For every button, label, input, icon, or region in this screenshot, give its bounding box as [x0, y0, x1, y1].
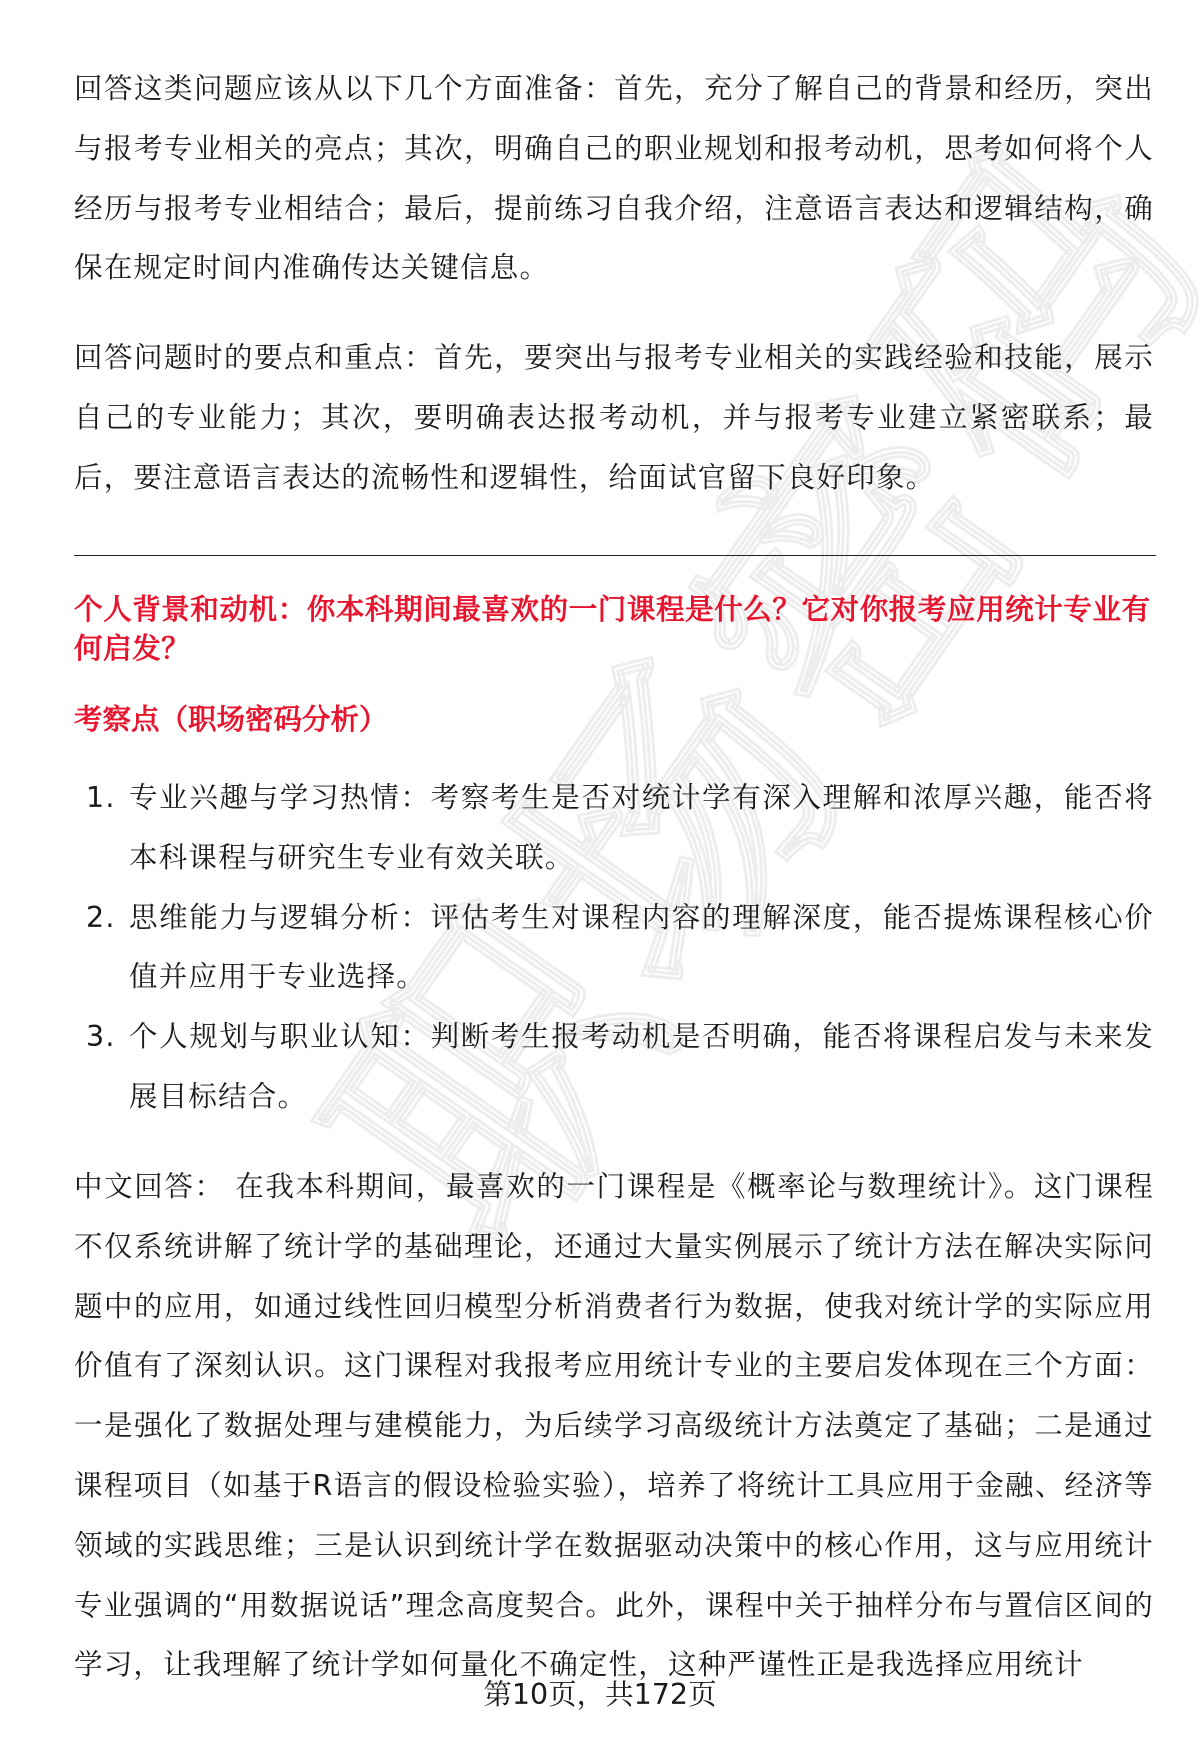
list-number: 3. [86, 1007, 116, 1067]
answer-paragraph: 中文回答： 在我本科期间，最喜欢的一门课程是《概率论与数理统计》。这门课程不仅系… [74, 1157, 1154, 1695]
list-number: 1. [86, 768, 116, 828]
list-number: 2. [86, 888, 116, 948]
focus-point-item: 3. 个人规划与职业认知：判断考生报考动机是否明确，能否将课程启发与未来发展目标… [74, 1007, 1154, 1127]
question-heading: 个人背景和动机：你本科期间最喜欢的一门课程是什么？它对你报考应用统计专业有何启发… [74, 590, 1156, 668]
page-indicator: 第10页，共172页 [0, 1675, 1200, 1715]
focus-points-list: 1. 专业兴趣与学习热情：考察考生是否对统计学有深入理解和浓厚兴趣，能否将本科课… [74, 768, 1154, 1127]
section-divider [74, 555, 1156, 556]
focus-point-text: 思维能力与逻辑分析：评估考生对课程内容的理解深度，能否提炼课程核心价值并应用于专… [129, 901, 1154, 994]
key-points-paragraph: 回答问题时的要点和重点：首先，要突出与报考专业相关的实践经验和技能，展示自己的专… [74, 328, 1154, 507]
focus-point-text: 个人规划与职业认知：判断考生报考动机是否明确，能否将课程启发与未来发展目标结合。 [129, 1020, 1154, 1113]
focus-point-item: 1. 专业兴趣与学习热情：考察考生是否对统计学有深入理解和浓厚兴趣，能否将本科课… [74, 768, 1154, 888]
focus-point-text: 专业兴趣与学习热情：考察考生是否对统计学有深入理解和浓厚兴趣，能否将本科课程与研… [129, 781, 1154, 874]
document-page: 职场密码 回答这类问题应该从以下几个方面准备：首先，充分了解自己的背景和经历，突… [0, 0, 1200, 1755]
focus-heading: 考察点（职场密码分析） [74, 700, 388, 740]
prep-advice-paragraph: 回答这类问题应该从以下几个方面准备：首先，充分了解自己的背景和经历，突出与报考专… [74, 59, 1154, 298]
focus-point-item: 2. 思维能力与逻辑分析：评估考生对课程内容的理解深度，能否提炼课程核心价值并应… [74, 888, 1154, 1008]
